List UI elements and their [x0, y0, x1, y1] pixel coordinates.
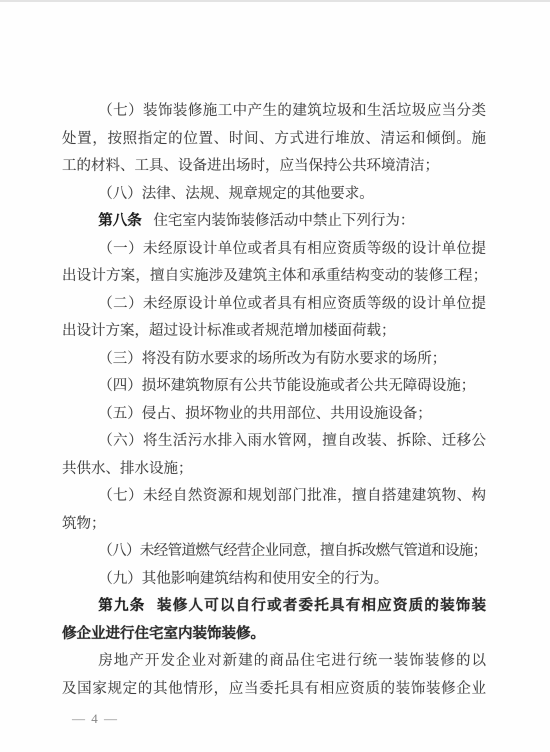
article-number-label: 第八条	[98, 213, 142, 229]
text-line: 及国家规定的其他情形，应当委托具有相应资质的装饰装修企业	[62, 676, 486, 704]
text-line: （八）未经管道燃气经营企业同意，擅自拆改燃气管道和设施；	[62, 538, 486, 566]
text-line: 修企业进行住宅室内装饰装修。	[62, 621, 486, 649]
text-line: （八）法律、法规、规章规定的其他要求。	[62, 181, 486, 209]
scan-edge-line	[0, 0, 550, 2]
document-body: （七）装饰装修施工中产生的建筑垃圾和生活垃圾应当分类处置，按照指定的位置、时间、…	[62, 98, 486, 703]
text-line: （九）其他影响建筑结构和使用安全的行为。	[62, 566, 486, 594]
text-line: （五）侵占、损坏物业的共用部位、共用设施设备；	[62, 401, 486, 429]
text-line: 房地产开发企业对新建的商品住宅进行统一装饰装修的以	[62, 648, 486, 676]
scanned-document-page: （七）装饰装修施工中产生的建筑垃圾和生活垃圾应当分类处置，按照指定的位置、时间、…	[0, 0, 550, 752]
text-line: （三）将没有防水要求的场所改为有防水要求的场所；	[62, 346, 486, 374]
text-line: 第九条装修人可以自行或者委托具有相应资质的装饰装	[62, 593, 486, 621]
text-line: （七）装饰装修施工中产生的建筑垃圾和生活垃圾应当分类	[62, 98, 486, 126]
text-line: 第八条住宅室内装饰装修活动中禁止下列行为：	[62, 208, 486, 236]
text-line: 筑物；	[62, 511, 486, 539]
text-line: 工的材料、工具、设备进出场时，应当保持公共环境清洁；	[62, 153, 486, 181]
text-line: 共供水、排水设施；	[62, 456, 486, 484]
text-line: 出设计方案，超过设计标准或者规范增加楼面荷载；	[62, 318, 486, 346]
text-line: 处置，按照指定的位置、时间、方式进行堆放、清运和倾倒。施	[62, 126, 486, 154]
text-line: 出设计方案，擅自实施涉及建筑主体和承重结构变动的装修工程；	[62, 263, 486, 291]
article-number-label: 第九条	[98, 598, 145, 614]
text-line: （一）未经原设计单位或者具有相应资质等级的设计单位提	[62, 236, 486, 264]
text-line: （七）未经自然资源和规划部门批准，擅自搭建建筑物、构	[62, 483, 486, 511]
page-number: — 4 —	[72, 711, 119, 727]
text-line: （六）将生活污水排入雨水管网，擅自改装、拆除、迁移公	[62, 428, 486, 456]
text-line: （二）未经原设计单位或者具有相应资质等级的设计单位提	[62, 291, 486, 319]
text-line: （四）损坏建筑物原有公共节能设施或者公共无障碍设施；	[62, 373, 486, 401]
